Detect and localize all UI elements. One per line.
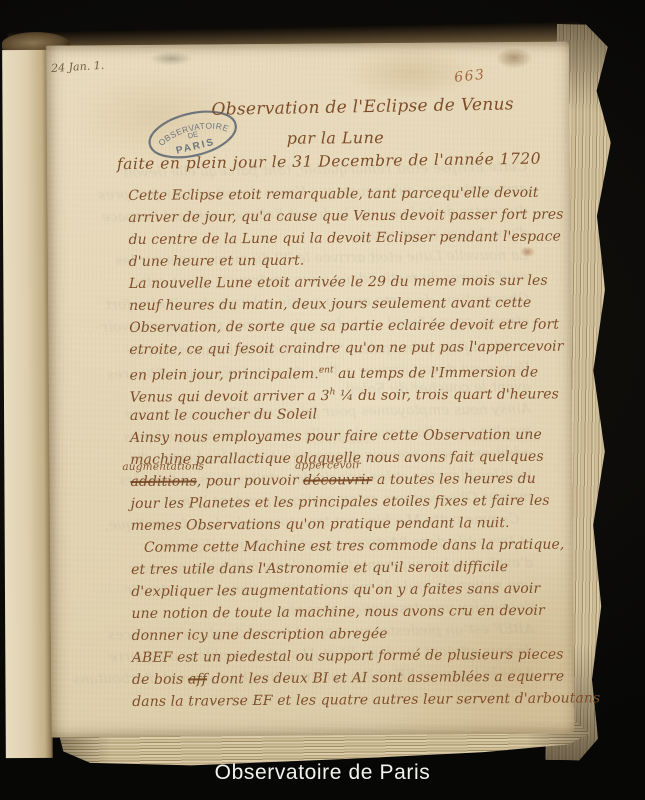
text-segment: ABEF est un piedestal ou support formé d… bbox=[132, 647, 564, 666]
text-segment: dans la traverse EF et les quatre autres… bbox=[132, 690, 600, 710]
text-segment: jour les Planetes et les principales eto… bbox=[131, 493, 550, 512]
corrected-word: augmentationsadditions bbox=[130, 473, 197, 490]
manuscript-page: Cette Eclipse etoit remarquable, tant pa… bbox=[46, 42, 574, 738]
folio-number: 663 bbox=[453, 67, 486, 86]
text-segment: du centre de la Lune qui la devoit Eclip… bbox=[128, 229, 561, 248]
stamp-text-de: DE bbox=[187, 129, 199, 140]
manuscript-line: du centre de la Lune qui la devoit Eclip… bbox=[128, 225, 580, 251]
text-segment: La nouvelle Lune etoit arrivée le 29 du … bbox=[129, 273, 548, 292]
text-segment: d'expliquer les augmentations qu'on y a … bbox=[131, 581, 540, 600]
text-segment: Cette Eclipse etoit remarquable, tant pa… bbox=[128, 185, 539, 204]
photo-caption: Observatoire de Paris bbox=[0, 757, 645, 791]
interline-insertion: appercevoir bbox=[295, 454, 361, 477]
interline-insertion: augmentations bbox=[122, 455, 204, 478]
previous-page-edge bbox=[2, 50, 53, 758]
manuscript-body: Cette Eclipse etoit remarquable, tant pa… bbox=[128, 181, 584, 713]
manuscript-line: Comme cette Machine est tres commode dan… bbox=[131, 533, 583, 559]
text-segment: Ainsy nous employames pour faire cette O… bbox=[130, 427, 542, 446]
text-segment: a toutes les heures du bbox=[372, 471, 536, 488]
text-segment: avant le coucher du Soleil bbox=[130, 407, 317, 424]
text-segment: etroite, ce qui fesoit craindre qu'on ne… bbox=[129, 339, 563, 358]
archive-photo: Cette Eclipse etoit remarquable, tant pa… bbox=[0, 0, 645, 800]
text-segment: Observation, de sorte que sa partie ecla… bbox=[129, 317, 559, 336]
text-segment: memes Observations qu'on pratique pendan… bbox=[131, 515, 510, 534]
text-segment: neuf heures du matin, deux jours seuleme… bbox=[129, 295, 531, 314]
title-line-2: par la Lune bbox=[287, 128, 385, 148]
text-segment: arriver de jour, qu'a cause que Venus de… bbox=[128, 207, 563, 226]
text-segment: dont les deux BI et AI sont assemblées a… bbox=[207, 669, 564, 688]
text-segment: et tres utile dans l'Astronomie et qu'il… bbox=[131, 559, 508, 578]
corrected-word: appercevoirdécouvrir bbox=[303, 472, 372, 489]
text-segment: d'une heure et un quart. bbox=[129, 253, 305, 270]
manuscript-line: Venus qui devoit arriver a 3h ¼ du soir,… bbox=[130, 379, 582, 405]
manuscript-line: une notion de toute la machine, nous avo… bbox=[131, 599, 583, 625]
title-line-1: Observation de l'Eclipse de Venus bbox=[211, 94, 514, 120]
text-segment: Comme cette Machine est tres commode dan… bbox=[144, 537, 565, 556]
text-segment: de bois bbox=[132, 672, 188, 688]
text-segment: ent bbox=[319, 365, 334, 375]
manuscript-line: jour les Planetes et les principales eto… bbox=[131, 489, 583, 515]
text-segment: une notion de toute la machine, nous avo… bbox=[131, 603, 544, 622]
manuscript-line: dans la traverse EF et les quatre autres… bbox=[132, 687, 584, 713]
text-segment: , pour pouvoir bbox=[197, 473, 303, 490]
struck-word: aff bbox=[188, 671, 207, 687]
text-segment: ¼ du soir, trois quart d'heures bbox=[335, 386, 559, 404]
margin-note: 24 Jan. 1. bbox=[51, 59, 105, 75]
text-segment: donner icy une description abregée bbox=[132, 626, 388, 644]
